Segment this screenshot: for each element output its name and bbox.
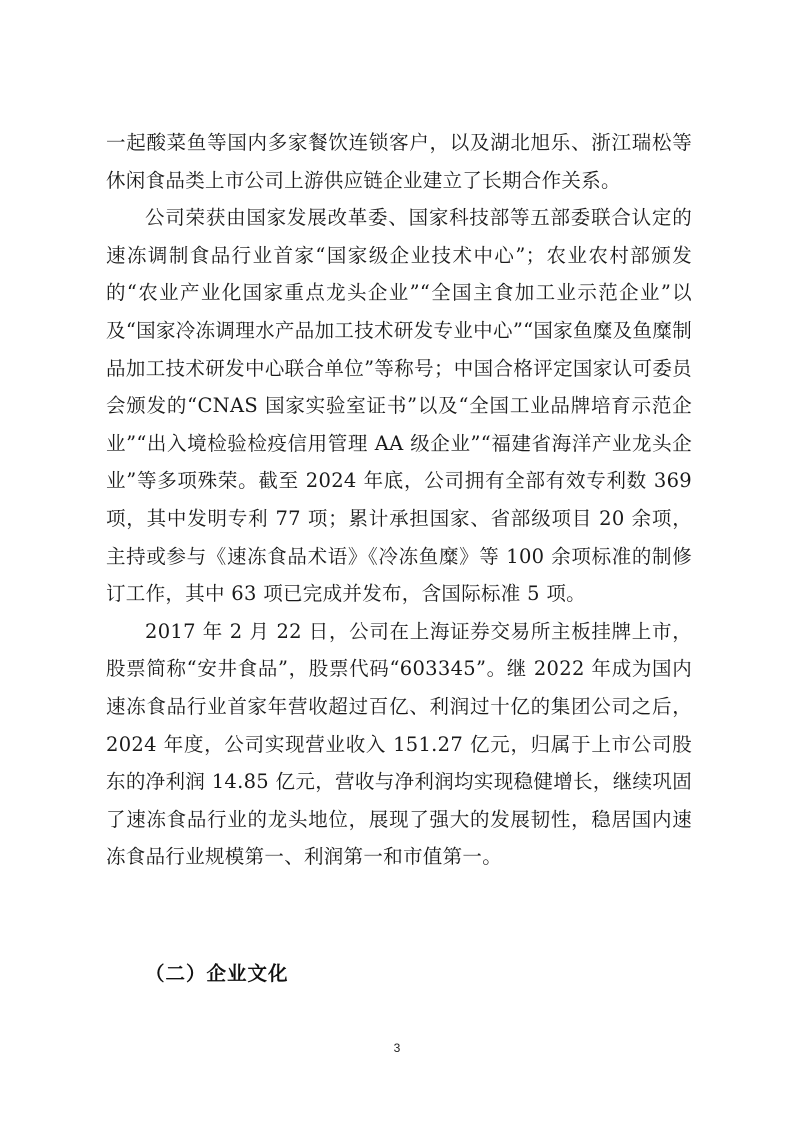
paragraph-customers: 一起酸菜鱼等国内多家餐饮连锁客户，以及湖北旭乐、浙江瑞松等休闲食品类上市公司上游…: [106, 124, 692, 199]
paragraph-honors: 公司荣获由国家发展改革委、国家科技部等五部委联合认定的速冻调制食品行业首家“国家…: [106, 199, 692, 613]
body-text: 一起酸菜鱼等国内多家餐饮连锁客户，以及湖北旭乐、浙江瑞松等休闲食品类上市公司上游…: [106, 124, 692, 876]
section-heading: （二）企业文化: [145, 959, 289, 989]
paragraph-listing-performance: 2017 年 2 月 22 日，公司在上海证券交易所主板挂牌上市，股票简称“安井…: [106, 613, 692, 876]
page-number: 3: [0, 1041, 794, 1055]
document-page: 一起酸菜鱼等国内多家餐饮连锁客户，以及湖北旭乐、浙江瑞松等休闲食品类上市公司上游…: [0, 0, 794, 1123]
